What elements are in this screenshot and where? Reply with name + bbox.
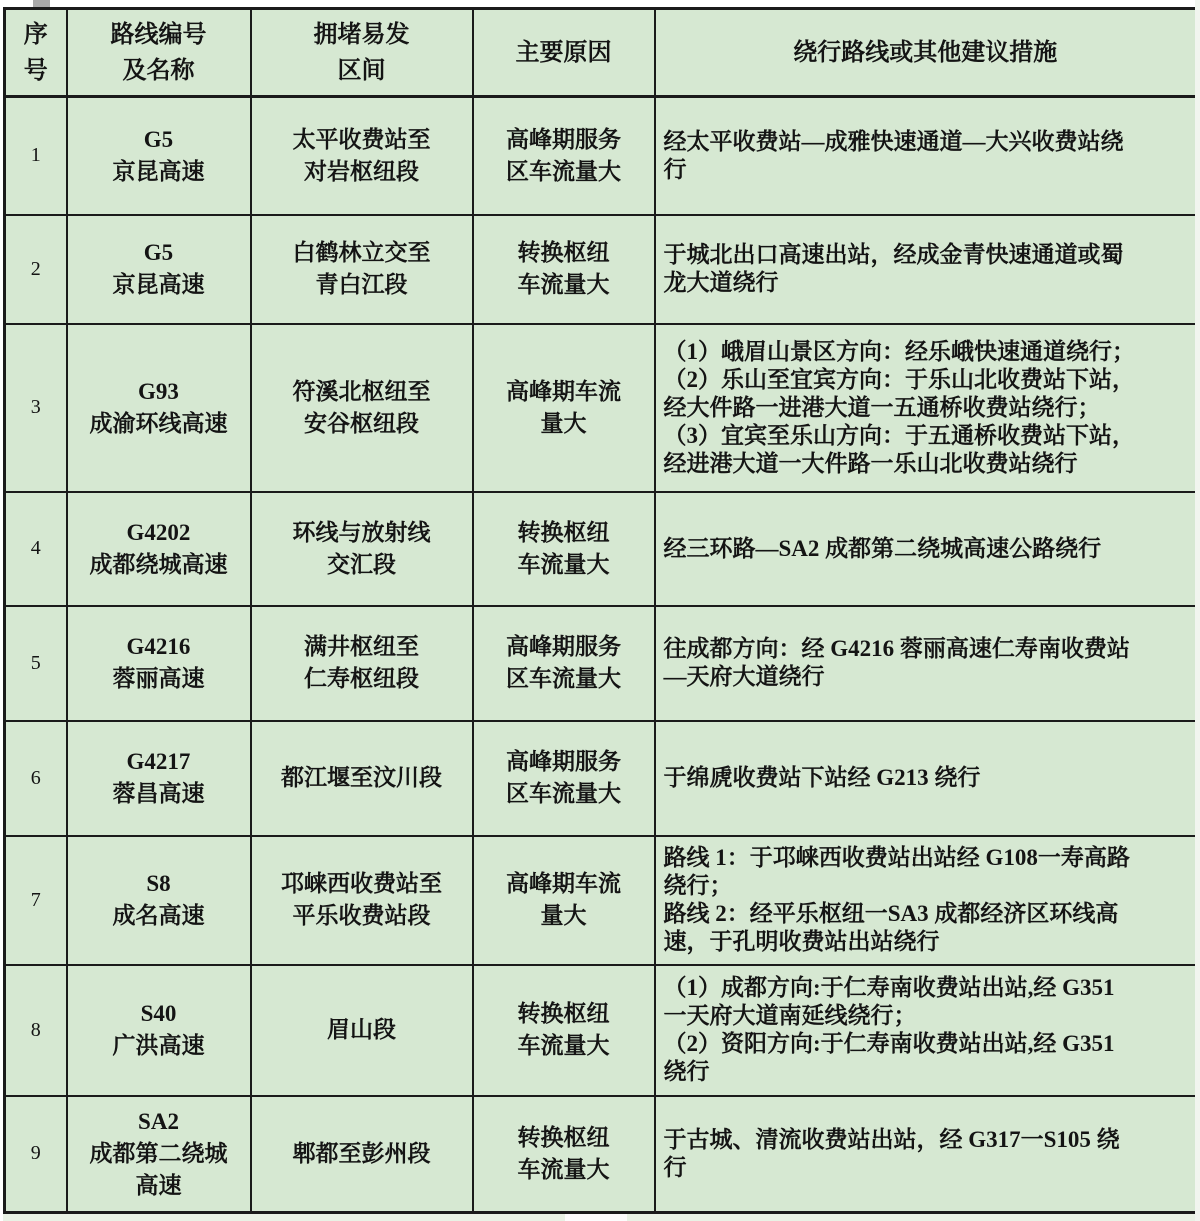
cell-route: G5 京昆高速 <box>67 215 251 324</box>
table-row: 3 G93 成渝环线高速 符溪北枢纽至 安谷枢纽段 高峰期车流 量大 （1）峨眉… <box>5 324 1197 492</box>
cell-no: 7 <box>5 836 67 965</box>
cell-section: 符溪北枢纽至 安谷枢纽段 <box>251 324 473 492</box>
cell-route: S40 广洪高速 <box>67 965 251 1096</box>
header-no: 序 号 <box>5 9 67 97</box>
cell-detour: （1）成都方向:于仁寿南收费站出站,经 G351 一天府大道南延线绕行； （2）… <box>655 965 1197 1096</box>
table-row: 6 G4217 蓉昌高速 都江堰至汶川段 高峰期服务 区车流量大 于绵虒收费站下… <box>5 721 1197 836</box>
cell-section: 环线与放射线 交汇段 <box>251 492 473 606</box>
cell-no: 2 <box>5 215 67 324</box>
cell-detour: 路线 1：于邛崃西收费站出站经 G108一寿高路 绕行； 路线 2：经平乐枢纽一… <box>655 836 1197 965</box>
partial-next-row-strip <box>3 1214 1195 1221</box>
cell-detour: （1）峨眉山景区方向：经乐峨快速通道绕行； （2）乐山至宜宾方向：于乐山北收费站… <box>655 324 1197 492</box>
cell-no: 4 <box>5 492 67 606</box>
cell-reason: 转换枢纽 车流量大 <box>473 492 655 606</box>
cell-section: 郫都至彭州段 <box>251 1096 473 1213</box>
cell-section: 太平收费站至 对岩枢纽段 <box>251 97 473 215</box>
cell-route: G5 京昆高速 <box>67 97 251 215</box>
cell-no: 8 <box>5 965 67 1096</box>
table-row: 7 S8 成名高速 邛崃西收费站至 平乐收费站段 高峰期车流 量大 路线 1：于… <box>5 836 1197 965</box>
cell-route: G4217 蓉昌高速 <box>67 721 251 836</box>
table-row: 5 G4216 蓉丽高速 满井枢纽至 仁寿枢纽段 高峰期服务 区车流量大 往成都… <box>5 606 1197 721</box>
cell-reason: 转换枢纽 车流量大 <box>473 965 655 1096</box>
cell-section: 邛崃西收费站至 平乐收费站段 <box>251 836 473 965</box>
cell-reason: 高峰期车流 量大 <box>473 324 655 492</box>
cell-route: S8 成名高速 <box>67 836 251 965</box>
table-row: 2 G5 京昆高速 白鹤林立交至 青白江段 转换枢纽 车流量大 于城北出口高速出… <box>5 215 1197 324</box>
cell-section: 白鹤林立交至 青白江段 <box>251 215 473 324</box>
congestion-detour-table: 序 号 路线编号 及名称 拥堵易发 区间 主要原因 绕行路线或其他建议措施 1 … <box>3 7 1198 1214</box>
table-row: 4 G4202 成都绕城高速 环线与放射线 交汇段 转换枢纽 车流量大 经三环路… <box>5 492 1197 606</box>
cell-section: 满井枢纽至 仁寿枢纽段 <box>251 606 473 721</box>
table-row: 8 S40 广洪高速 眉山段 转换枢纽 车流量大 （1）成都方向:于仁寿南收费站… <box>5 965 1197 1096</box>
header-row: 序 号 路线编号 及名称 拥堵易发 区间 主要原因 绕行路线或其他建议措施 <box>5 9 1197 97</box>
cell-reason: 高峰期服务 区车流量大 <box>473 721 655 836</box>
header-section: 拥堵易发 区间 <box>251 9 473 97</box>
cell-detour: 于城北出口高速出站，经成金青快速通道或蜀 龙大道绕行 <box>655 215 1197 324</box>
table-row: 1 G5 京昆高速 太平收费站至 对岩枢纽段 高峰期服务 区车流量大 经太平收费… <box>5 97 1197 215</box>
cell-no: 5 <box>5 606 67 721</box>
cell-route: SA2 成都第二绕城 高速 <box>67 1096 251 1213</box>
cell-reason: 转换枢纽 车流量大 <box>473 215 655 324</box>
cell-detour: 经太平收费站—成雅快速通道—大兴收费站绕 行 <box>655 97 1197 215</box>
cell-detour: 往成都方向：经 G4216 蓉丽高速仁寿南收费站 —天府大道绕行 <box>655 606 1197 721</box>
cell-no: 6 <box>5 721 67 836</box>
cell-no: 1 <box>5 97 67 215</box>
cell-section: 眉山段 <box>251 965 473 1096</box>
cell-reason: 高峰期车流 量大 <box>473 836 655 965</box>
cell-no: 9 <box>5 1096 67 1213</box>
cell-detour: 经三环路—SA2 成都第二绕城高速公路绕行 <box>655 492 1197 606</box>
right-edge-strip <box>1195 0 1200 1221</box>
cell-detour: 于古城、清流收费站出站，经 G317一S105 绕 行 <box>655 1096 1197 1213</box>
cell-detour: 于绵虒收费站下站经 G213 绕行 <box>655 721 1197 836</box>
partial-white-cell <box>565 1214 627 1221</box>
cell-route: G4216 蓉丽高速 <box>67 606 251 721</box>
cell-reason: 高峰期服务 区车流量大 <box>473 97 655 215</box>
table-row: 9 SA2 成都第二绕城 高速 郫都至彭州段 转换枢纽 车流量大 于古城、清流收… <box>5 1096 1197 1213</box>
cell-section: 都江堰至汶川段 <box>251 721 473 836</box>
header-reason: 主要原因 <box>473 9 655 97</box>
document-page: 序 号 路线编号 及名称 拥堵易发 区间 主要原因 绕行路线或其他建议措施 1 … <box>0 0 1200 1221</box>
header-detour: 绕行路线或其他建议措施 <box>655 9 1197 97</box>
top-edge-mark <box>33 0 50 7</box>
cell-reason: 转换枢纽 车流量大 <box>473 1096 655 1213</box>
header-route: 路线编号 及名称 <box>67 9 251 97</box>
cell-route: G4202 成都绕城高速 <box>67 492 251 606</box>
cell-reason: 高峰期服务 区车流量大 <box>473 606 655 721</box>
cell-route: G93 成渝环线高速 <box>67 324 251 492</box>
cell-no: 3 <box>5 324 67 492</box>
